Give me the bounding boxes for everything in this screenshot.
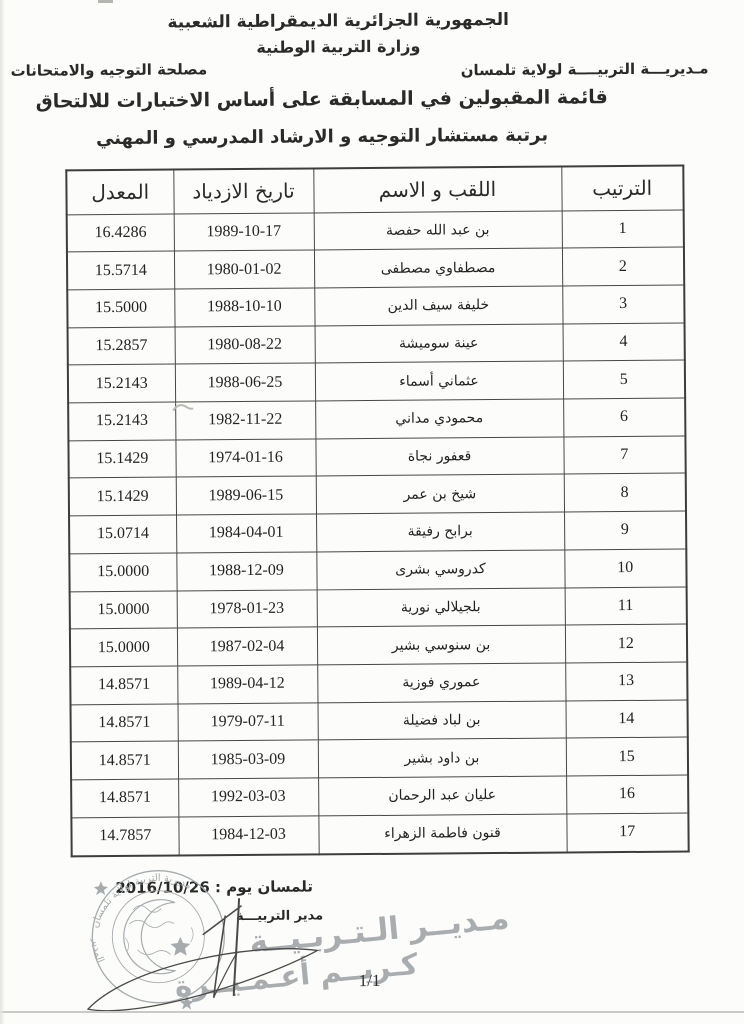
birthdate-cell: 1989-06-15 [176,476,316,515]
birthdate-cell: 1978-01-23 [177,589,317,628]
birthdate-cell: 1982-11-22 [175,401,315,440]
table-row: 6محمودي مداني1982-11-2215.2143 [68,398,685,441]
rank-cell: 9 [564,511,686,550]
name-cell: بلجيلالي نورية [317,588,565,628]
average-cell: 15.5714 [67,251,174,290]
name-cell: بن داود بشير [318,738,566,778]
scanned-document-page: الجمهورية الجزائرية الديمقراطية الشعبية … [0,0,744,1024]
birthdate-cell: 1992-03-03 [178,778,318,817]
table-row: 2مصطفاوي مصطفى1980-01-0215.5714 [67,247,684,290]
rank-cell: 7 [563,436,685,475]
birthdate-cell: 1980-08-22 [175,326,315,365]
average-cell: 15.1429 [69,477,176,516]
average-cell: 15.1429 [68,440,175,479]
directorate-heading: مـديريـــة التربيــــة لولاية تلمسان [461,59,709,79]
birthdate-cell: 1988-06-25 [175,363,315,402]
name-cell: شيخ بن عمر [316,474,564,514]
handwritten-signature [63,855,404,1024]
birthdate-cell: 1980-01-02 [174,250,314,289]
name-cell: عثماني أسماء [315,361,563,401]
table-row: 9برابح رفيقة1984-04-0115.0714 [69,511,686,554]
document-title-line1: قائمة المقبولين في المسابقة على أساس الا… [0,86,647,113]
results-body: 1بن عبد الله حفصة1989-10-1716.42862مصطفا… [67,210,689,857]
table-row: 14بن لباد فضيلة1979-07-1114.8571 [71,700,688,743]
rank-cell: 10 [564,549,686,588]
name-cell: خليفة سيف الدين [314,286,562,326]
birthdate-cell: 1988-12-09 [176,552,316,591]
average-column-header: المعدل [66,170,173,215]
scan-top-artifact [98,0,113,3]
name-cell: قنون فاطمة الزهراء [318,814,566,855]
rank-cell: 11 [565,587,687,626]
rank-cell: 6 [563,398,685,437]
birthdate-column-header: تاريخ الازدياد [173,168,313,213]
birthdate-cell: 1989-10-17 [174,212,314,251]
name-cell: بن سنوسي بشير [317,625,565,665]
average-cell: 15.0000 [70,591,177,630]
average-cell: 14.8571 [71,741,178,780]
name-cell: كدروسي بشرى [316,550,564,590]
table-row: 7قعفور نجاة1974-01-1615.1429 [68,436,685,479]
table-row: 5عثماني أسماء1988-06-2515.2143 [68,360,685,403]
birthdate-cell: 1987-02-04 [177,627,317,666]
average-cell: 15.5000 [67,289,174,328]
name-cell: مصطفاوي مصطفى [314,248,562,288]
rank-cell: 1 [562,210,684,249]
table-row: 11بلجيلالي نورية1978-01-2315.0000 [70,587,687,630]
average-cell: 15.2143 [68,364,175,403]
rank-cell: 8 [564,473,686,512]
table-row: 3خليفة سيف الدين1988-10-1015.5000 [67,285,684,328]
birthdate-cell: 1974-01-16 [175,439,315,478]
results-table: الترتيب اللقب و الاسم تاريخ الازدياد الم… [65,165,689,858]
birthdate-cell: 1989-04-12 [177,665,317,704]
average-cell: 15.2857 [68,327,175,366]
name-cell: عليان عبد الرحمان [318,776,566,816]
document-title-line2: برتبة مستشار التوجيه و الارشاد المدرسي و… [0,124,647,150]
table-header-row: الترتيب اللقب و الاسم تاريخ الازدياد الم… [66,166,683,215]
name-cell: بن عبد الله حفصة [314,211,562,251]
table-row: 8شيخ بن عمر1989-06-1515.1429 [69,473,686,516]
name-cell: عموري فوزية [317,663,565,703]
average-cell: 14.7857 [71,817,178,857]
rank-cell: 12 [565,624,687,663]
scan-smudge [171,400,195,414]
birthdate-cell: 1979-07-11 [177,703,317,742]
rank-cell: 14 [565,700,687,739]
table-row: 13عموري فوزية1989-04-1214.8571 [70,662,687,705]
table-row: 17قنون فاطمة الزهراء1984-12-0314.7857 [71,813,688,857]
table-row: 16عليان عبد الرحمان1992-03-0314.8571 [71,775,688,818]
table-row: 10كدروسي بشرى1988-12-0915.0000 [69,549,686,592]
rank-cell: 2 [562,247,684,286]
rank-cell: 3 [562,285,684,324]
average-cell: 15.2143 [68,402,175,441]
name-cell: محمودي مداني [315,399,563,439]
average-cell: 14.8571 [71,704,178,743]
name-cell: عينة سوميشة [315,324,563,364]
birthdate-cell: 1984-12-03 [178,816,318,856]
average-cell: 15.0000 [69,553,176,592]
rank-cell: 4 [563,323,685,362]
table-row: 1بن عبد الله حفصة1989-10-1716.4286 [67,210,684,253]
scan-left-edge [0,0,5,1024]
average-cell: 15.0714 [69,515,176,554]
name-cell: بن لباد فضيلة [317,701,565,741]
republic-heading: الجمهورية الجزائرية الديمقراطية الشعبية [0,9,680,34]
rank-cell: 15 [566,737,688,776]
name-column-header: اللقب و الاسم [313,167,561,213]
service-heading: مصلحة التوجيه والامتحانات [10,60,207,80]
scan-content: الجمهورية الجزائرية الديمقراطية الشعبية … [0,0,744,1024]
rank-cell: 5 [563,360,685,399]
average-cell: 15.0000 [70,628,177,667]
birthdate-cell: 1988-10-10 [174,288,314,327]
name-cell: برابح رفيقة [316,512,564,552]
name-cell: قعفور نجاة [315,437,563,477]
ministry-heading: وزارة التربية الوطنية [0,35,680,59]
rank-cell: 17 [566,813,688,853]
table-row: 4عينة سوميشة1980-08-2215.2857 [68,323,685,366]
rank-cell: 13 [565,662,687,701]
rank-cell: 16 [566,775,688,814]
rank-column-header: الترتيب [561,166,683,211]
average-cell: 14.8571 [71,779,178,818]
average-cell: 16.4286 [67,214,174,253]
scan-bottom-edge [0,1011,744,1013]
table-row: 12بن سنوسي بشير1987-02-0415.0000 [70,624,687,667]
table-row: 15بن داود بشير1985-03-0914.8571 [71,737,688,780]
average-cell: 14.8571 [70,666,177,705]
birthdate-cell: 1984-04-01 [176,514,316,553]
birthdate-cell: 1985-03-09 [178,740,318,779]
